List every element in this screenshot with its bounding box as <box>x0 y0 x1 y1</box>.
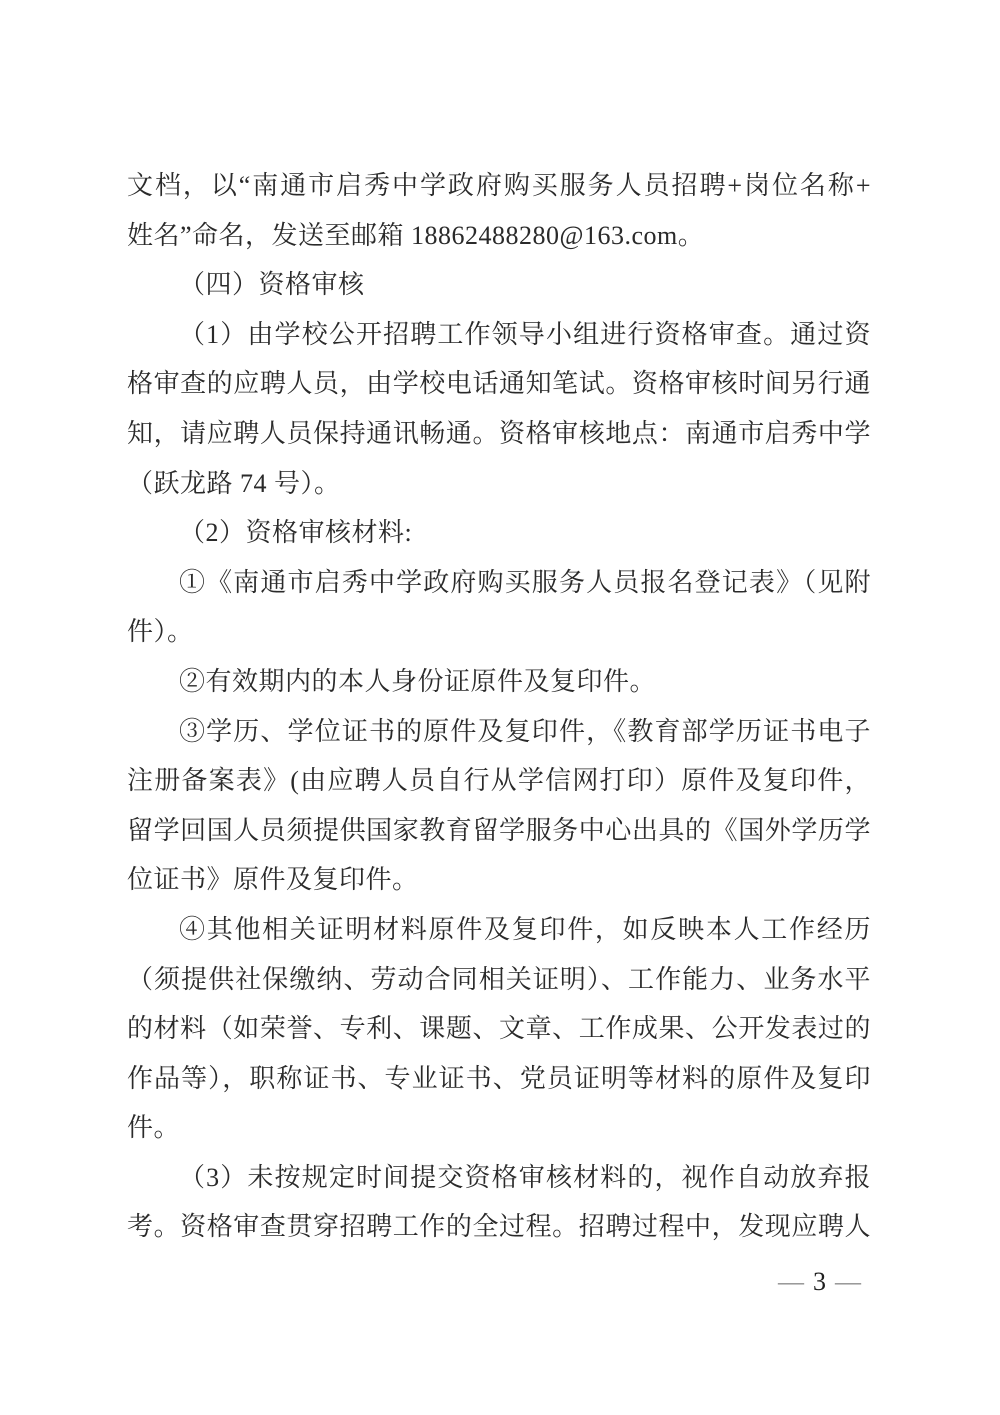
text-line: 件。 <box>127 1103 871 1153</box>
document-page: 文档，以“南通市启秀中学政府购买服务人员招聘+岗位名称+姓名”命名，发送至邮箱 … <box>0 0 1000 1415</box>
text-line: （1）由学校公开招聘工作领导小组进行资格审查。通过资 <box>127 310 871 360</box>
text-line: 的材料（如荣誉、专利、课题、文章、工作成果、公开发表过的 <box>127 1004 871 1054</box>
text-line: ②有效期内的本人身份证原件及复印件。 <box>127 657 871 707</box>
text-line: 知，请应聘人员保持通讯畅通。资格审核地点：南通市启秀中学 <box>127 409 871 459</box>
document-body: 文档，以“南通市启秀中学政府购买服务人员招聘+岗位名称+姓名”命名，发送至邮箱 … <box>127 161 871 1252</box>
text-line: （四）资格审核 <box>127 260 871 310</box>
text-line: 留学回国人员须提供国家教育留学服务中心出具的《国外学历学 <box>127 806 871 856</box>
footer-dash-left: — <box>778 1267 804 1296</box>
text-line: 件）。 <box>127 607 871 657</box>
text-line: 注册备案表》(由应聘人员自行从学信网打印）原件及复印件， <box>127 756 871 806</box>
text-line: ③学历、学位证书的原件及复印件，《教育部学历证书电子 <box>127 707 871 757</box>
text-line: 文档，以“南通市启秀中学政府购买服务人员招聘+岗位名称+ <box>127 161 871 211</box>
footer-dash-right: — <box>835 1267 861 1296</box>
text-line: （3）未按规定时间提交资格审核材料的，视作自动放弃报 <box>127 1153 871 1203</box>
text-line: 考。资格审查贯穿招聘工作的全过程。招聘过程中，发现应聘人 <box>127 1202 871 1252</box>
text-line: ④其他相关证明材料原件及复印件，如反映本人工作经历 <box>127 905 871 955</box>
text-line: 姓名”命名，发送至邮箱 18862488280@163.com。 <box>127 211 871 261</box>
text-line: （跃龙路 74 号）。 <box>127 459 871 509</box>
text-line: （须提供社保缴纳、劳动合同相关证明）、工作能力、业务水平 <box>127 955 871 1005</box>
page-number: 3 <box>813 1267 826 1296</box>
text-line: 格审查的应聘人员，由学校电话通知笔试。资格审核时间另行通 <box>127 359 871 409</box>
text-line: （2）资格审核材料: <box>127 508 871 558</box>
page-footer: —3— <box>769 1266 870 1298</box>
text-line: 作品等），职称证书、专业证书、党员证明等材料的原件及复印 <box>127 1054 871 1104</box>
text-line: 位证书》原件及复印件。 <box>127 855 871 905</box>
text-line: ①《南通市启秀中学政府购买服务人员报名登记表》（见附 <box>127 558 871 608</box>
